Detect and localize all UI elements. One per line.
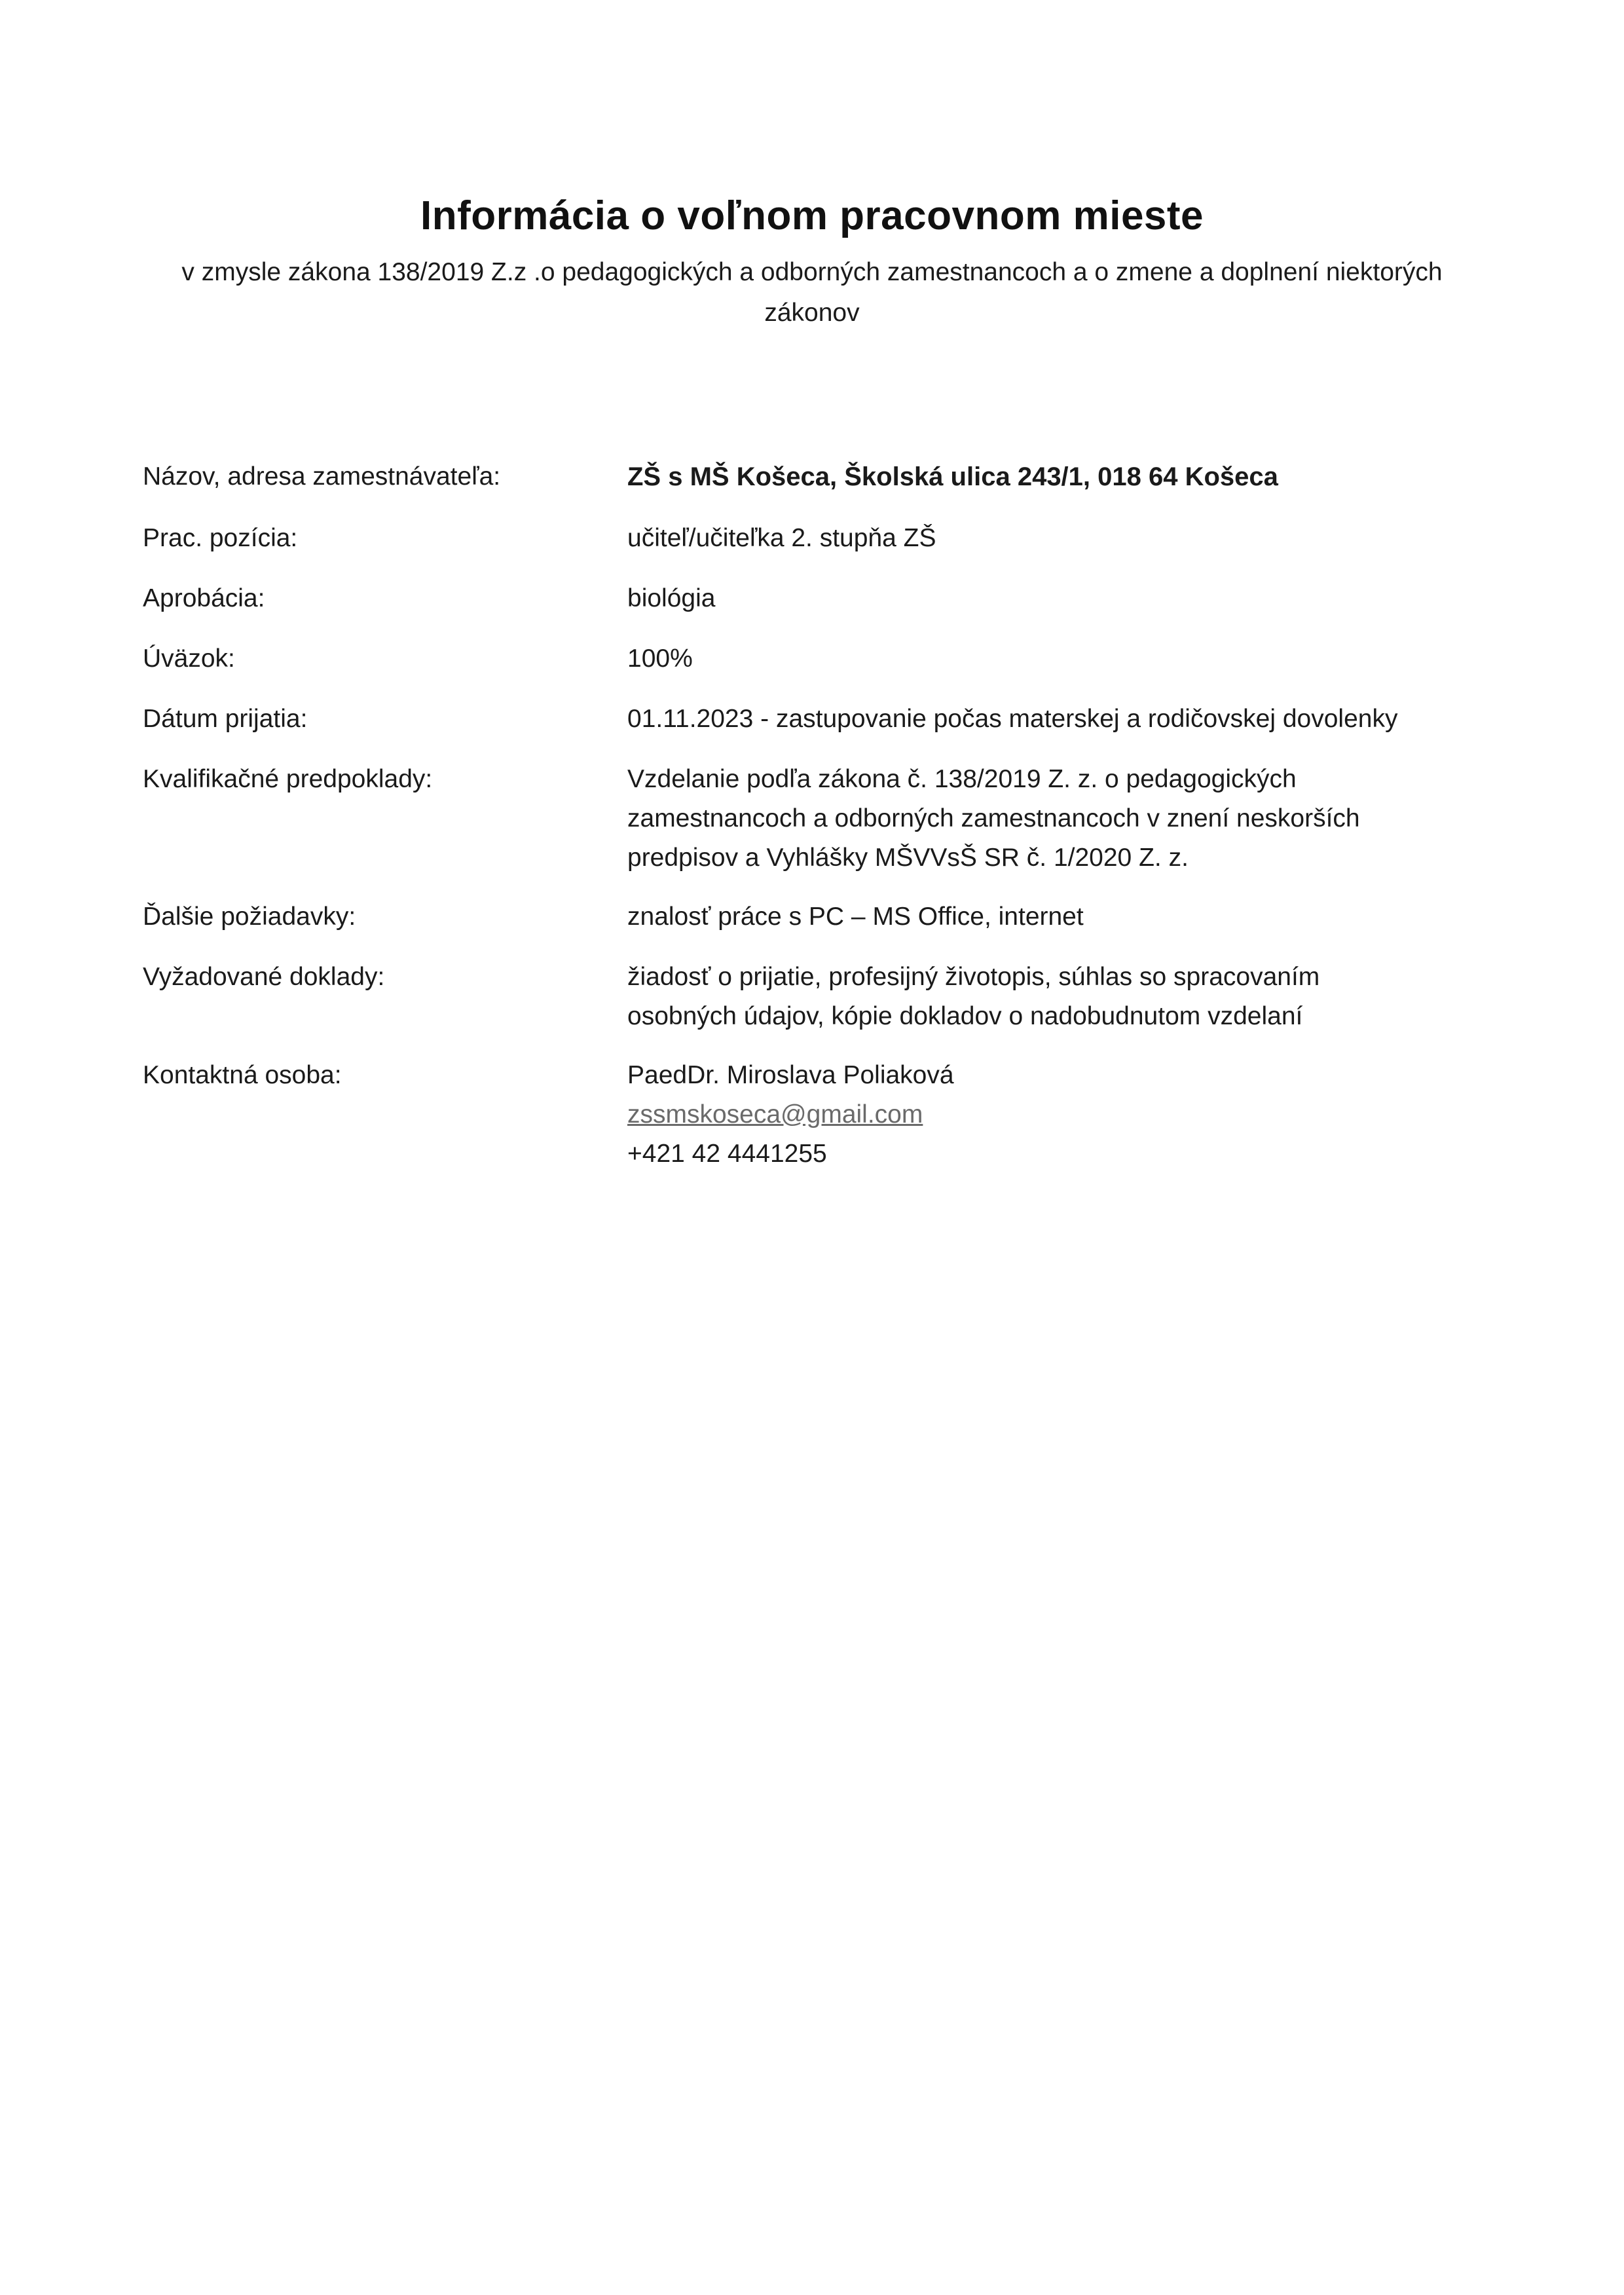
field-value: 100% <box>627 639 1498 679</box>
field-value: PaedDr. Miroslava Poliaková zssmskoseca@… <box>627 1056 1498 1174</box>
field-label: Prac. pozícia: <box>143 519 297 558</box>
contact-phone: +421 42 4441255 <box>627 1134 1498 1174</box>
subtitle-line-2: zákonov <box>131 293 1493 333</box>
field-label: Vyžadované doklady: <box>143 958 384 997</box>
field-value: biológia <box>627 579 1498 618</box>
field-value: učiteľ/učiteľka 2. stupňa ZŠ <box>627 519 1498 558</box>
contact-name: PaedDr. Miroslava Poliaková <box>627 1056 1498 1095</box>
document-title: Informácia o voľnom pracovnom mieste <box>0 191 1624 241</box>
field-label: Kvalifikačné predpoklady: <box>143 760 432 799</box>
field-value: Vzdelanie podľa zákona č. 138/2019 Z. z.… <box>627 760 1498 878</box>
field-value: znalosť práce s PC – MS Office, internet <box>627 897 1498 937</box>
field-label: Úväzok: <box>143 639 235 679</box>
field-label: Názov, adresa zamestnávateľa: <box>143 457 500 496</box>
field-value-line: osobných údajov, kópie dokladov o nadobu… <box>627 997 1498 1036</box>
field-value-line: žiadosť o prijatie, profesijný životopis… <box>627 958 1498 997</box>
field-label: Kontaktná osoba: <box>143 1056 342 1095</box>
field-value-line: Vzdelanie podľa zákona č. 138/2019 Z. z.… <box>627 760 1498 799</box>
field-label: Dátum prijatia: <box>143 700 307 739</box>
field-value: ZŠ s MŠ Košeca, Školská ulica 243/1, 018… <box>627 457 1498 496</box>
subtitle-line-1: v zmysle zákona 138/2019 Z.z .o pedagogi… <box>131 252 1493 293</box>
field-value-line: predpisov a Vyhlášky MŠVVsŠ SR č. 1/2020… <box>627 838 1498 878</box>
contact-email-link[interactable]: zssmskoseca@gmail.com <box>627 1095 1498 1134</box>
field-label: Ďalšie požiadavky: <box>143 897 356 937</box>
field-value: žiadosť o prijatie, profesijný životopis… <box>627 958 1498 1036</box>
field-value: 01.11.2023 - zastupovanie počas materske… <box>627 700 1498 739</box>
document-subtitle: v zmysle zákona 138/2019 Z.z .o pedagogi… <box>131 252 1493 333</box>
field-label: Aprobácia: <box>143 579 265 618</box>
field-value-line: zamestnancoch a odborných zamestnancoch … <box>627 799 1498 838</box>
